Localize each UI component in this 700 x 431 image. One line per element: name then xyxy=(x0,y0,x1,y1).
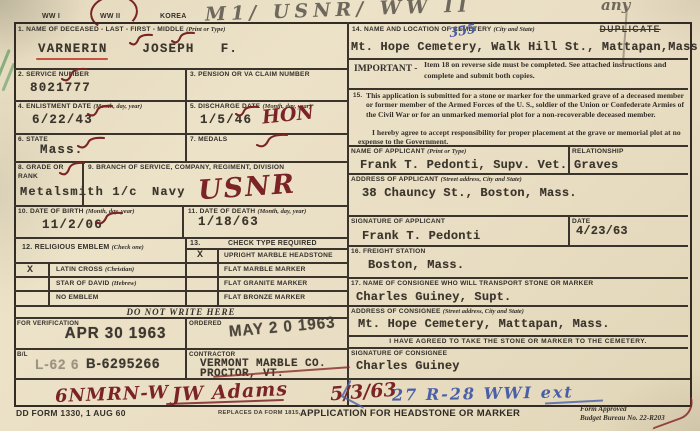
type-row-label: FLAT MARBLE MARKER xyxy=(224,266,306,273)
divider xyxy=(14,276,348,278)
applicant-name-value: Frank T. Pedonti, Supv. Vet. xyxy=(360,158,567,172)
field-9-label: 9. BRANCH OF SERVICE, COMPANY, REGIMENT,… xyxy=(88,164,284,171)
field-11-label: 11. DATE OF DEATH (Month, day, year) xyxy=(188,208,306,215)
cemetery-value: Mt. Hope Cemetery, Walk Hill St., Mattap… xyxy=(351,40,700,54)
important-label: IMPORTANT - xyxy=(354,64,417,74)
divider xyxy=(14,348,348,350)
application-statement: This application is submitted for a ston… xyxy=(366,91,684,119)
approved-line1: Form Approved xyxy=(580,405,627,413)
field-4-label: 4. ENLISTMENT DATE (Month, day, year) xyxy=(18,103,142,110)
emblem-row-label: STAR OF DAVID (Hebrew) xyxy=(56,280,137,287)
scanned-form-dd1330: WW I WW II KOREA M1/ USNR/ WW II any DUP… xyxy=(0,0,700,431)
korea-label: KOREA xyxy=(160,13,187,20)
consignee-address-value: Mt. Hope Cemetery, Mattapan, Mass. xyxy=(358,317,610,331)
agreed-banner: I HAVE AGREED TO TAKE THE STONE OR MARKE… xyxy=(348,338,688,345)
field-7-label: 7. MEDALS xyxy=(190,136,227,143)
applicant-address-value: 38 Chauncy St., Boston, Mass. xyxy=(362,186,577,200)
blue-note-annotation: 27 R-28 WWI ext xyxy=(392,382,574,404)
enlistment-date-value: 6/22/43 xyxy=(32,113,93,127)
branch-value: Navy xyxy=(152,185,186,199)
divider xyxy=(185,68,187,161)
divider xyxy=(185,248,348,250)
checkmark-icon xyxy=(76,135,106,151)
type-row-label: UPRIGHT MARBLE HEADSTONE xyxy=(224,252,333,259)
applicant-signature-value: Frank T. Pedonti xyxy=(362,229,480,243)
emblem-row-label: NO EMBLEM xyxy=(56,294,99,301)
bl-stamp-faint: L-62 6 xyxy=(35,356,79,372)
form-number: DD FORM 1330, 1 AUG 60 xyxy=(16,408,126,418)
field-14-label: 14. NAME AND LOCATION OF CEMETERY (City … xyxy=(352,26,535,33)
verification-date-stamp: APR 30 1963 xyxy=(65,325,167,343)
divider xyxy=(14,290,348,292)
applicant-name-label: NAME OF APPLICANT (Print or Type) xyxy=(351,148,466,155)
type-row-label: FLAT BRONZE MARKER xyxy=(224,294,305,301)
applicant-address-label: ADDRESS OF APPLICANT (Street address, Ci… xyxy=(351,176,522,183)
grade-rank-value: Metalsmith 1/c xyxy=(20,185,138,199)
emblem-row-label: LATIN CROSS (Christian) xyxy=(56,266,134,273)
relationship-label: RELATIONSHIP xyxy=(572,148,624,155)
divider xyxy=(348,277,688,279)
bl-stamp: B-6295266 xyxy=(86,355,160,371)
ordered-label: ORDERED xyxy=(189,320,222,327)
checkmark-icon xyxy=(128,32,154,48)
checkmark-icon xyxy=(255,132,289,150)
divider xyxy=(348,335,688,337)
consignee-name-value: Charles Guiney, Supt. xyxy=(356,290,511,304)
red-code-annotation: 6NMRN-W xyxy=(55,382,170,407)
divider xyxy=(348,215,688,217)
divider xyxy=(185,237,187,305)
divider xyxy=(568,215,570,245)
divider xyxy=(185,317,187,378)
bl-label: B/L xyxy=(17,351,28,358)
freight-station-value: Boston, Mass. xyxy=(368,258,464,272)
form-title: APPLICATION FOR HEADSTONE OR MARKER xyxy=(300,408,520,419)
checkmark-icon xyxy=(86,103,114,119)
divider xyxy=(348,88,688,90)
agreement-statement: I hereby agree to accept responsibility … xyxy=(358,128,684,147)
checkmark-icon xyxy=(60,66,88,84)
checkmark-icon xyxy=(58,160,86,178)
death-date-value: 1/18/63 xyxy=(198,215,259,229)
divider xyxy=(348,305,688,307)
ww1-label: WW I xyxy=(42,13,60,20)
divider xyxy=(348,245,688,247)
divider xyxy=(217,248,219,305)
divider xyxy=(14,237,348,239)
divider xyxy=(348,347,688,349)
field-3-label: 3. PENSION OR VA CLAIM NUMBER xyxy=(190,71,310,78)
divider xyxy=(348,173,688,175)
red-underline xyxy=(36,58,108,60)
relationship-value: Graves xyxy=(574,158,618,172)
date-value: 4/23/63 xyxy=(576,224,628,238)
divider xyxy=(14,205,348,207)
divider xyxy=(568,145,570,173)
applicant-signature-label: SIGNATURE OF APPLICANT xyxy=(351,218,445,225)
checkmark-icon xyxy=(94,210,124,227)
consignee-signature-value: Charles Guiney xyxy=(356,359,460,373)
divider xyxy=(14,100,348,102)
field-6-label: 6. STATE xyxy=(18,136,48,143)
important-text: Item 18 on reverse side must be complete… xyxy=(424,60,686,81)
do-not-write-banner: DO NOT WRITE HERE xyxy=(14,307,348,317)
divider xyxy=(182,205,184,237)
field-17-label: 17. NAME OF CONSIGNEE WHO WILL TRANSPORT… xyxy=(351,280,593,287)
consignee-signature-label: SIGNATURE OF CONSIGNEE xyxy=(351,350,447,357)
headstone-type-check: X xyxy=(197,250,203,261)
divider xyxy=(14,262,348,264)
field-15-number: 15. xyxy=(353,92,362,99)
field-16-label: 16. FREIGHT STATION xyxy=(351,248,425,255)
contractor-label: CONTRACTOR xyxy=(189,351,235,358)
divider xyxy=(48,262,50,305)
checkmark-icon xyxy=(170,30,196,46)
divider xyxy=(14,133,348,135)
field-13-label: CHECK TYPE REQUIRED xyxy=(228,240,317,247)
latin-cross-check: X xyxy=(27,265,33,276)
type-row-label: FLAT GRANITE MARKER xyxy=(224,280,307,287)
checkmark-icon xyxy=(234,104,260,119)
replaces-note: REPLACES DA FORM 1815, xyxy=(218,410,301,416)
consignee-address-label: ADDRESS OF CONSIGNEE (Street address, Ci… xyxy=(351,308,524,315)
field-12-label: 12. RELIGIOUS EMBLEM (Check one) xyxy=(22,244,144,251)
field-13-number: 13. xyxy=(190,240,200,247)
